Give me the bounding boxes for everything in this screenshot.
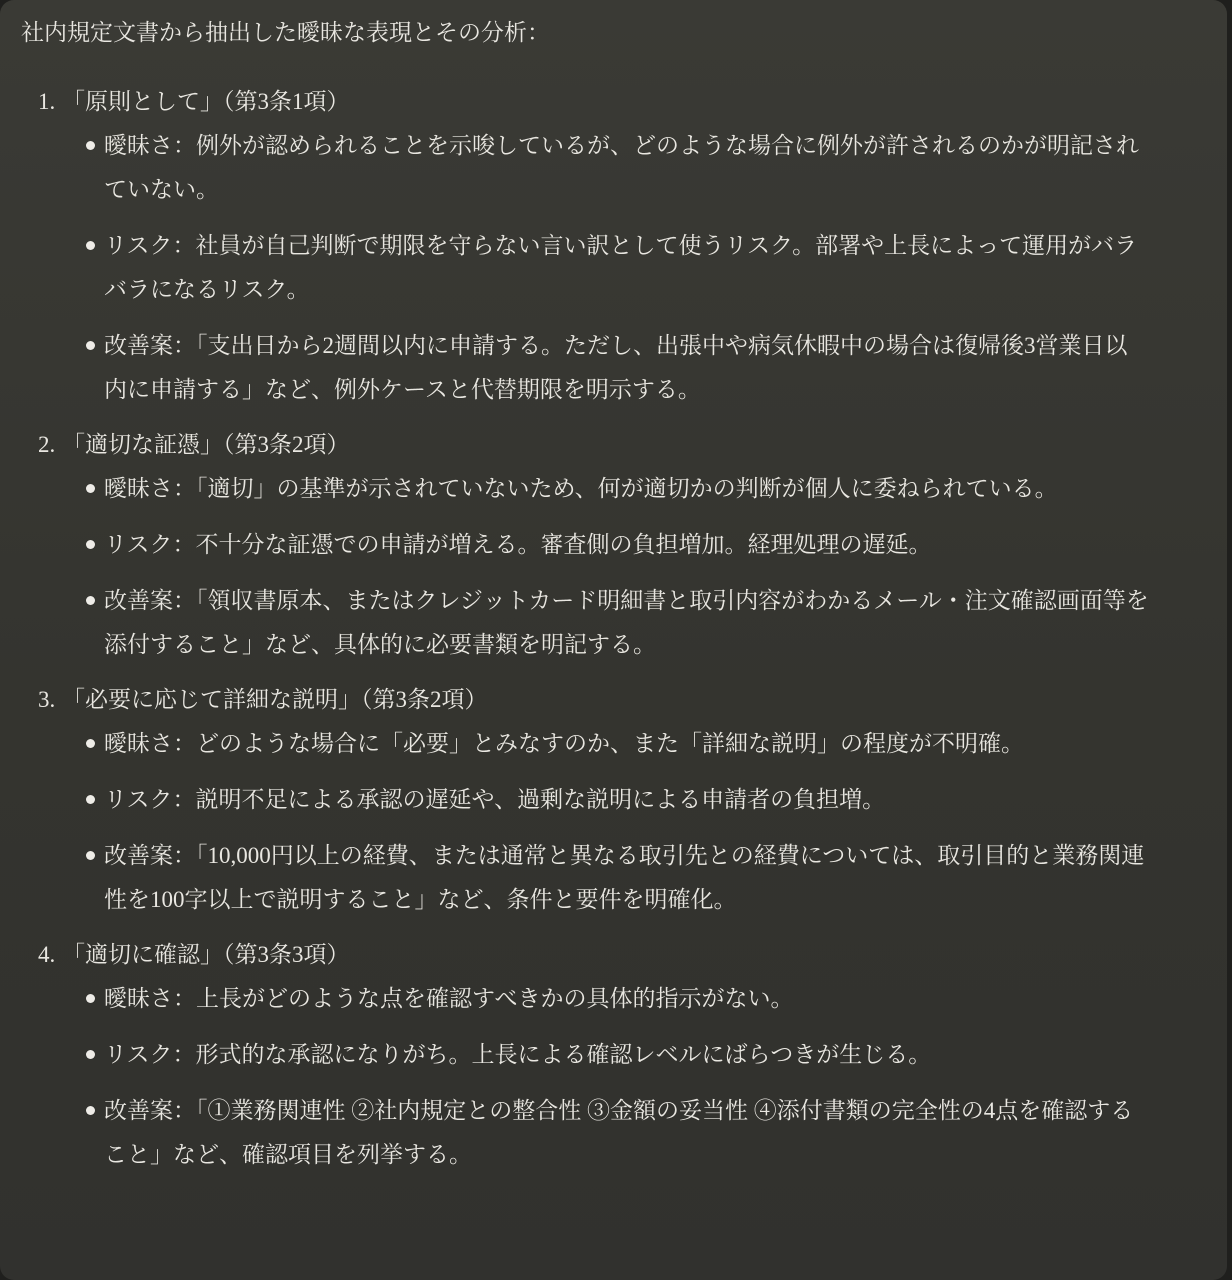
bullet-list: 曖昧さ：「適切」の基準が示されていないため、何が適切かの判断が個人に委ねられてい… [20,467,1149,667]
bullet-text: リスク：不十分な証憑での申請が増える。審査側の負担増加。経理処理の遅延。 [104,523,932,567]
item-number: 3. [38,678,62,722]
item-number: 1. [38,80,62,124]
bullet-list: 曖昧さ：上長がどのような点を確認すべきかの具体的指示がない。 リスク：形式的な承… [20,977,1149,1177]
bullet-text: リスク：社員が自己判断で期限を守らない言い訳として使うリスク。部署や上長によって… [104,224,1149,312]
item-number: 2. [38,423,62,467]
bullet-text: リスク：形式的な承認になりがち。上長による確認レベルにばらつきが生じる。 [104,1033,931,1077]
item-heading: 「原則として」（第3条1項） [62,80,350,124]
bullet-icon [86,241,95,250]
bullet-text: 曖昧さ：例外が認められることを示唆しているが、どのような場合に例外が許されるのか… [104,124,1149,212]
item-heading: 「必要に応じて詳細な説明」（第3条2項） [62,678,488,722]
bullet-text: 改善案：「支出日から2週間以内に申請する。ただし、出張中や病気休暇中の場合は復帰… [104,324,1149,412]
list-item-4: 4. 「適切に確認」（第3条3項） 曖昧さ：上長がどのような点を確認すべきかの具… [20,933,1149,1177]
item-heading-row: 3. 「必要に応じて詳細な説明」（第3条2項） [38,678,1149,722]
item-heading-row: 2. 「適切な証憑」（第3条2項） [38,423,1149,467]
bullet-text: リスク：説明不足による承認の遅延や、過剰な説明による申請者の負担増。 [104,778,885,822]
list-item-2: 2. 「適切な証憑」（第3条2項） 曖昧さ：「適切」の基準が示されていないため、… [20,423,1149,667]
bullet-icon [86,596,95,605]
bullet-text: 曖昧さ：「適切」の基準が示されていないため、何が適切かの判断が個人に委ねられてい… [104,467,1058,511]
item-number: 4. [38,933,62,977]
list-item-3: 3. 「必要に応じて詳細な説明」（第3条2項） 曖昧さ：どのような場合に「必要」… [20,678,1149,922]
bullet-icon [86,851,95,860]
bullet-icon [86,484,95,493]
bullet-item: 改善案：「支出日から2週間以内に申請する。ただし、出張中や病気休暇中の場合は復帰… [86,324,1149,412]
bullet-text: 曖昧さ：上長がどのような点を確認すべきかの具体的指示がない。 [104,977,794,1021]
bullet-icon [86,141,95,150]
bullet-text: 改善案：「領収書原本、またはクレジットカード明細書と取引内容がわかるメール・注文… [104,579,1149,667]
bullet-list: 曖昧さ：どのような場合に「必要」とみなすのか、また「詳細な説明」の程度が不明確。… [20,722,1149,922]
bullet-icon [86,341,95,350]
item-heading-row: 1. 「原則として」（第3条1項） [38,80,1149,124]
bullet-item: 改善案：「10,000円以上の経費、または通常と異なる取引先との経費については、… [86,834,1149,922]
bullet-item: 曖昧さ：どのような場合に「必要」とみなすのか、また「詳細な説明」の程度が不明確。 [86,722,1149,766]
bullet-item: 改善案：「領収書原本、またはクレジットカード明細書と取引内容がわかるメール・注文… [86,579,1149,667]
bullet-text: 曖昧さ：どのような場合に「必要」とみなすのか、また「詳細な説明」の程度が不明確。 [104,722,1024,766]
bullet-list: 曖昧さ：例外が認められることを示唆しているが、どのような場合に例外が許されるのか… [20,124,1149,412]
message-panel: 社内規定文書から抽出した曖昧な表現とその分析： 1. 「原則として」（第3条1項… [0,0,1227,1280]
bullet-text: 改善案：「①業務関連性 ②社内規定との整合性 ③金額の妥当性 ④添付書類の完全性… [104,1089,1149,1177]
item-heading: 「適切に確認」（第3条3項） [62,933,350,977]
bullet-item: リスク：社員が自己判断で期限を守らない言い訳として使うリスク。部署や上長によって… [86,224,1149,312]
list-item-1: 1. 「原則として」（第3条1項） 曖昧さ：例外が認められることを示唆しているが… [20,80,1149,412]
bullet-item: リスク：説明不足による承認の遅延や、過剰な説明による申請者の負担増。 [86,778,1149,822]
item-heading-row: 4. 「適切に確認」（第3条3項） [38,933,1149,977]
bullet-icon [86,795,95,804]
bullet-icon [86,1050,95,1059]
page-title: 社内規定文書から抽出した曖昧な表現とその分析： [21,11,1149,55]
bullet-item: 曖昧さ：「適切」の基準が示されていないため、何が適切かの判断が個人に委ねられてい… [86,467,1149,511]
bullet-item: 曖昧さ：上長がどのような点を確認すべきかの具体的指示がない。 [86,977,1149,1021]
bullet-item: リスク：形式的な承認になりがち。上長による確認レベルにばらつきが生じる。 [86,1033,1149,1077]
bullet-item: 曖昧さ：例外が認められることを示唆しているが、どのような場合に例外が許されるのか… [86,124,1149,212]
bullet-icon [86,540,95,549]
message-content: 社内規定文書から抽出した曖昧な表現とその分析： 1. 「原則として」（第3条1項… [0,0,1227,1280]
bullet-icon [86,994,95,1003]
bullet-item: リスク：不十分な証憑での申請が増える。審査側の負担増加。経理処理の遅延。 [86,523,1149,567]
bullet-item: 改善案：「①業務関連性 ②社内規定との整合性 ③金額の妥当性 ④添付書類の完全性… [86,1089,1149,1177]
bullet-icon [86,739,95,748]
bullet-icon [86,1106,95,1115]
bullet-text: 改善案：「10,000円以上の経費、または通常と異なる取引先との経費については、… [104,834,1149,922]
item-heading: 「適切な証憑」（第3条2項） [62,423,350,467]
